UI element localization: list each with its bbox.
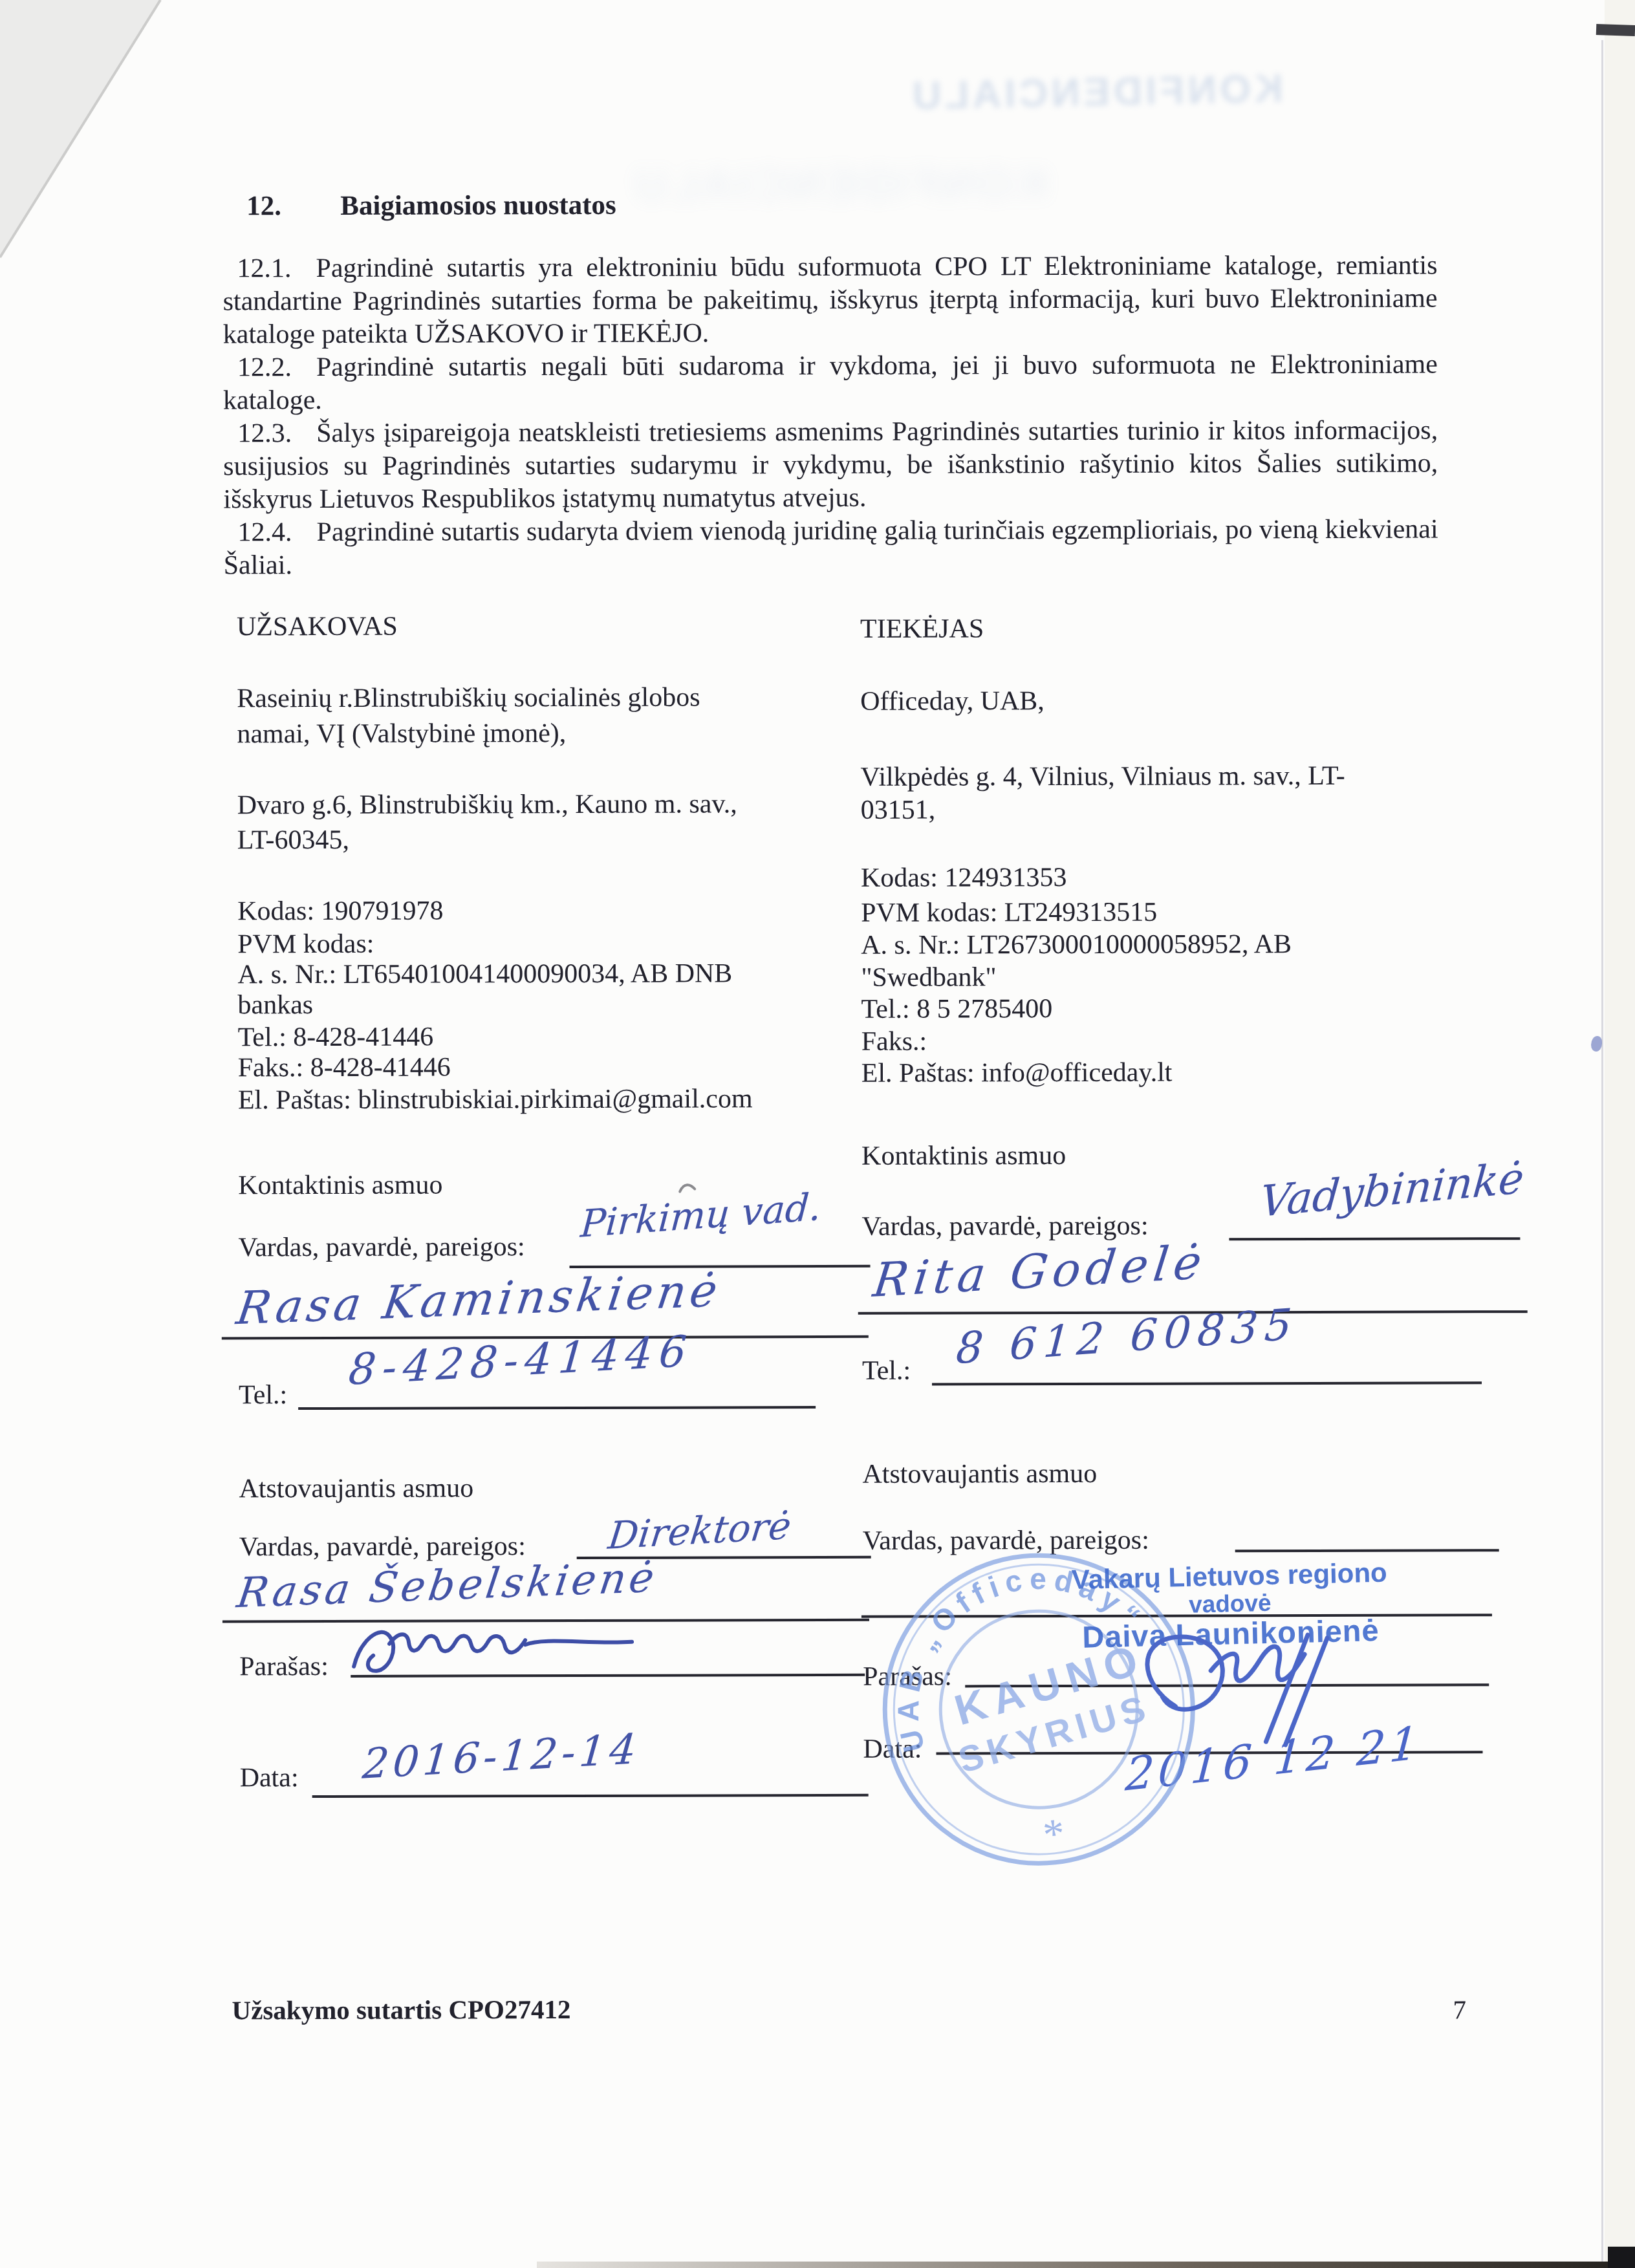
clause-number: 12.2. <box>237 352 292 382</box>
customer-signature-label: Parašas: <box>239 1650 329 1683</box>
clause-number: 12.1. <box>237 254 291 283</box>
customer-name-line: namai, VĮ (Valstybinė įmonė), <box>237 717 566 750</box>
supplier-code-line: Kodas: 124931353 <box>861 861 1067 894</box>
supplier-name-label: Vardas, pavardė, pareigos: <box>861 1210 1148 1243</box>
scanned-contract-page: KONFIDENCIALU KONFIDENCIALU 12.Baigiamos… <box>0 0 1635 2268</box>
supplier-account-line: "Swedbank" <box>861 961 996 994</box>
supplier-name-line: Officeday, UAB, <box>860 685 1045 718</box>
customer-vat-line: PVM kodas: <box>237 928 374 961</box>
customer-rep-name-label: Vardas, pavardė, pareigos: <box>239 1530 526 1563</box>
supplier-tel-label: Tel.: <box>862 1355 911 1387</box>
customer-name-line: Raseinių r.Blinstrubiškių socialinės glo… <box>237 681 700 715</box>
customer-position-handwriting: Pirkimų vad. <box>579 1184 822 1246</box>
customer-signature <box>344 1604 642 1689</box>
supplier-tel-line: Tel.: 8 5 2785400 <box>861 993 1052 1026</box>
supplier-fax-line: Faks.: <box>861 1026 927 1058</box>
stamp-star: * <box>1041 1809 1067 1859</box>
supplier-address-line: Vilkpėdės g. 4, Vilnius, Vilniaus m. sav… <box>860 760 1345 794</box>
fill-line <box>1235 1549 1499 1552</box>
supplier-role-header: TIEKĖJAS <box>860 612 984 645</box>
customer-account-line: A. s. Nr.: LT654010041400090034, AB DNB <box>237 957 732 991</box>
supplier-name-handwriting: Rita Godelė <box>871 1235 1210 1308</box>
page-number: 7 <box>1453 1994 1466 2025</box>
clause-text: Pagrindinė sutartis negali būti sudaroma… <box>223 349 1438 415</box>
section-number: 12. <box>246 190 340 222</box>
customer-rep-position-handwriting: Direktorė <box>606 1504 794 1558</box>
fill-line <box>312 1794 869 1798</box>
customer-name-label: Vardas, pavardė, pareigos: <box>238 1231 525 1264</box>
supplier-vat-line: PVM kodas: LT249313515 <box>861 896 1157 929</box>
section-title: Baigiamosios nuostatos <box>340 190 616 221</box>
fill-line <box>932 1381 1482 1385</box>
supplier-contact-header: Kontaktinis asmuo <box>861 1139 1066 1172</box>
supplier-address-line: 03151, <box>861 794 936 826</box>
customer-code-line: Kodas: 190791978 <box>237 895 444 928</box>
customer-email-line: El. Paštas: blinstrubiskiai.pirkimai@gma… <box>238 1083 753 1116</box>
supplier-rep-header: Atstovaujantis asmuo <box>862 1458 1097 1491</box>
clause-12-1: 12.1.Pagrindinė sutartis yra elektronini… <box>222 249 1437 351</box>
supplier-position-handwriting: Vadybininkė <box>1258 1153 1526 1227</box>
clause-12-3: 12.3.Šalys įsipareigoja neatskleisti tre… <box>223 414 1438 516</box>
clause-number: 12.3. <box>237 418 292 448</box>
supplier-email-line: El. Paštas: info@officeday.lt <box>861 1057 1173 1090</box>
fill-line <box>1229 1237 1520 1240</box>
footer-document-id: Užsakymo sutartis CPO27412 <box>232 1994 570 2025</box>
bleedthrough-text: KONFIDENCIALU <box>909 65 1284 119</box>
supplier-account-line: A. s. Nr.: LT267300010000058952, AB <box>861 928 1292 962</box>
customer-account-line: bankas <box>237 989 313 1021</box>
customer-date-label: Data: <box>240 1762 299 1794</box>
bleedthrough-smudge: KONFIDENCIALU <box>631 158 1048 211</box>
clause-text: Pagrindinė sutartis sudaryta dviem vieno… <box>224 514 1438 580</box>
customer-fax-line: Faks.: 8-428-41446 <box>238 1051 451 1084</box>
customer-role-header: UŽSAKOVAS <box>237 610 398 643</box>
customer-address-line: LT-60345, <box>237 824 349 856</box>
clause-number: 12.4. <box>238 517 292 547</box>
pen-mark <box>678 1180 697 1195</box>
customer-contact-header: Kontaktinis asmuo <box>238 1169 442 1202</box>
customer-tel-label: Tel.: <box>239 1379 287 1411</box>
section-heading: 12.Baigiamosios nuostatos <box>246 189 616 222</box>
customer-date-handwriting: 2016-12-14 <box>361 1725 642 1789</box>
clauses-block: 12.1.Pagrindinė sutartis yra elektronini… <box>222 249 1438 582</box>
clause-12-2: 12.2.Pagrindinė sutartis negali būti sud… <box>223 348 1438 417</box>
clause-text: Pagrindinė sutartis yra elektroniniu būd… <box>223 250 1438 349</box>
supplier-signature <box>1114 1625 1354 1781</box>
clause-text: Šalys įsipareigoja neatskleisti tretiesi… <box>223 415 1438 514</box>
clause-12-4: 12.4.Pagrindinė sutartis sudaryta dviem … <box>223 513 1438 582</box>
customer-tel-line: Tel.: 8-428-41446 <box>238 1021 434 1054</box>
supplier-tel-handwriting: 8 612 60835 <box>955 1299 1300 1374</box>
customer-address-line: Dvaro g.6, Blinstrubiškių km., Kauno m. … <box>237 788 737 821</box>
fill-line <box>298 1406 816 1410</box>
customer-rep-header: Atstovaujantis asmuo <box>239 1472 473 1505</box>
customer-name-handwriting: Rasa Kaminskienė <box>233 1264 724 1335</box>
